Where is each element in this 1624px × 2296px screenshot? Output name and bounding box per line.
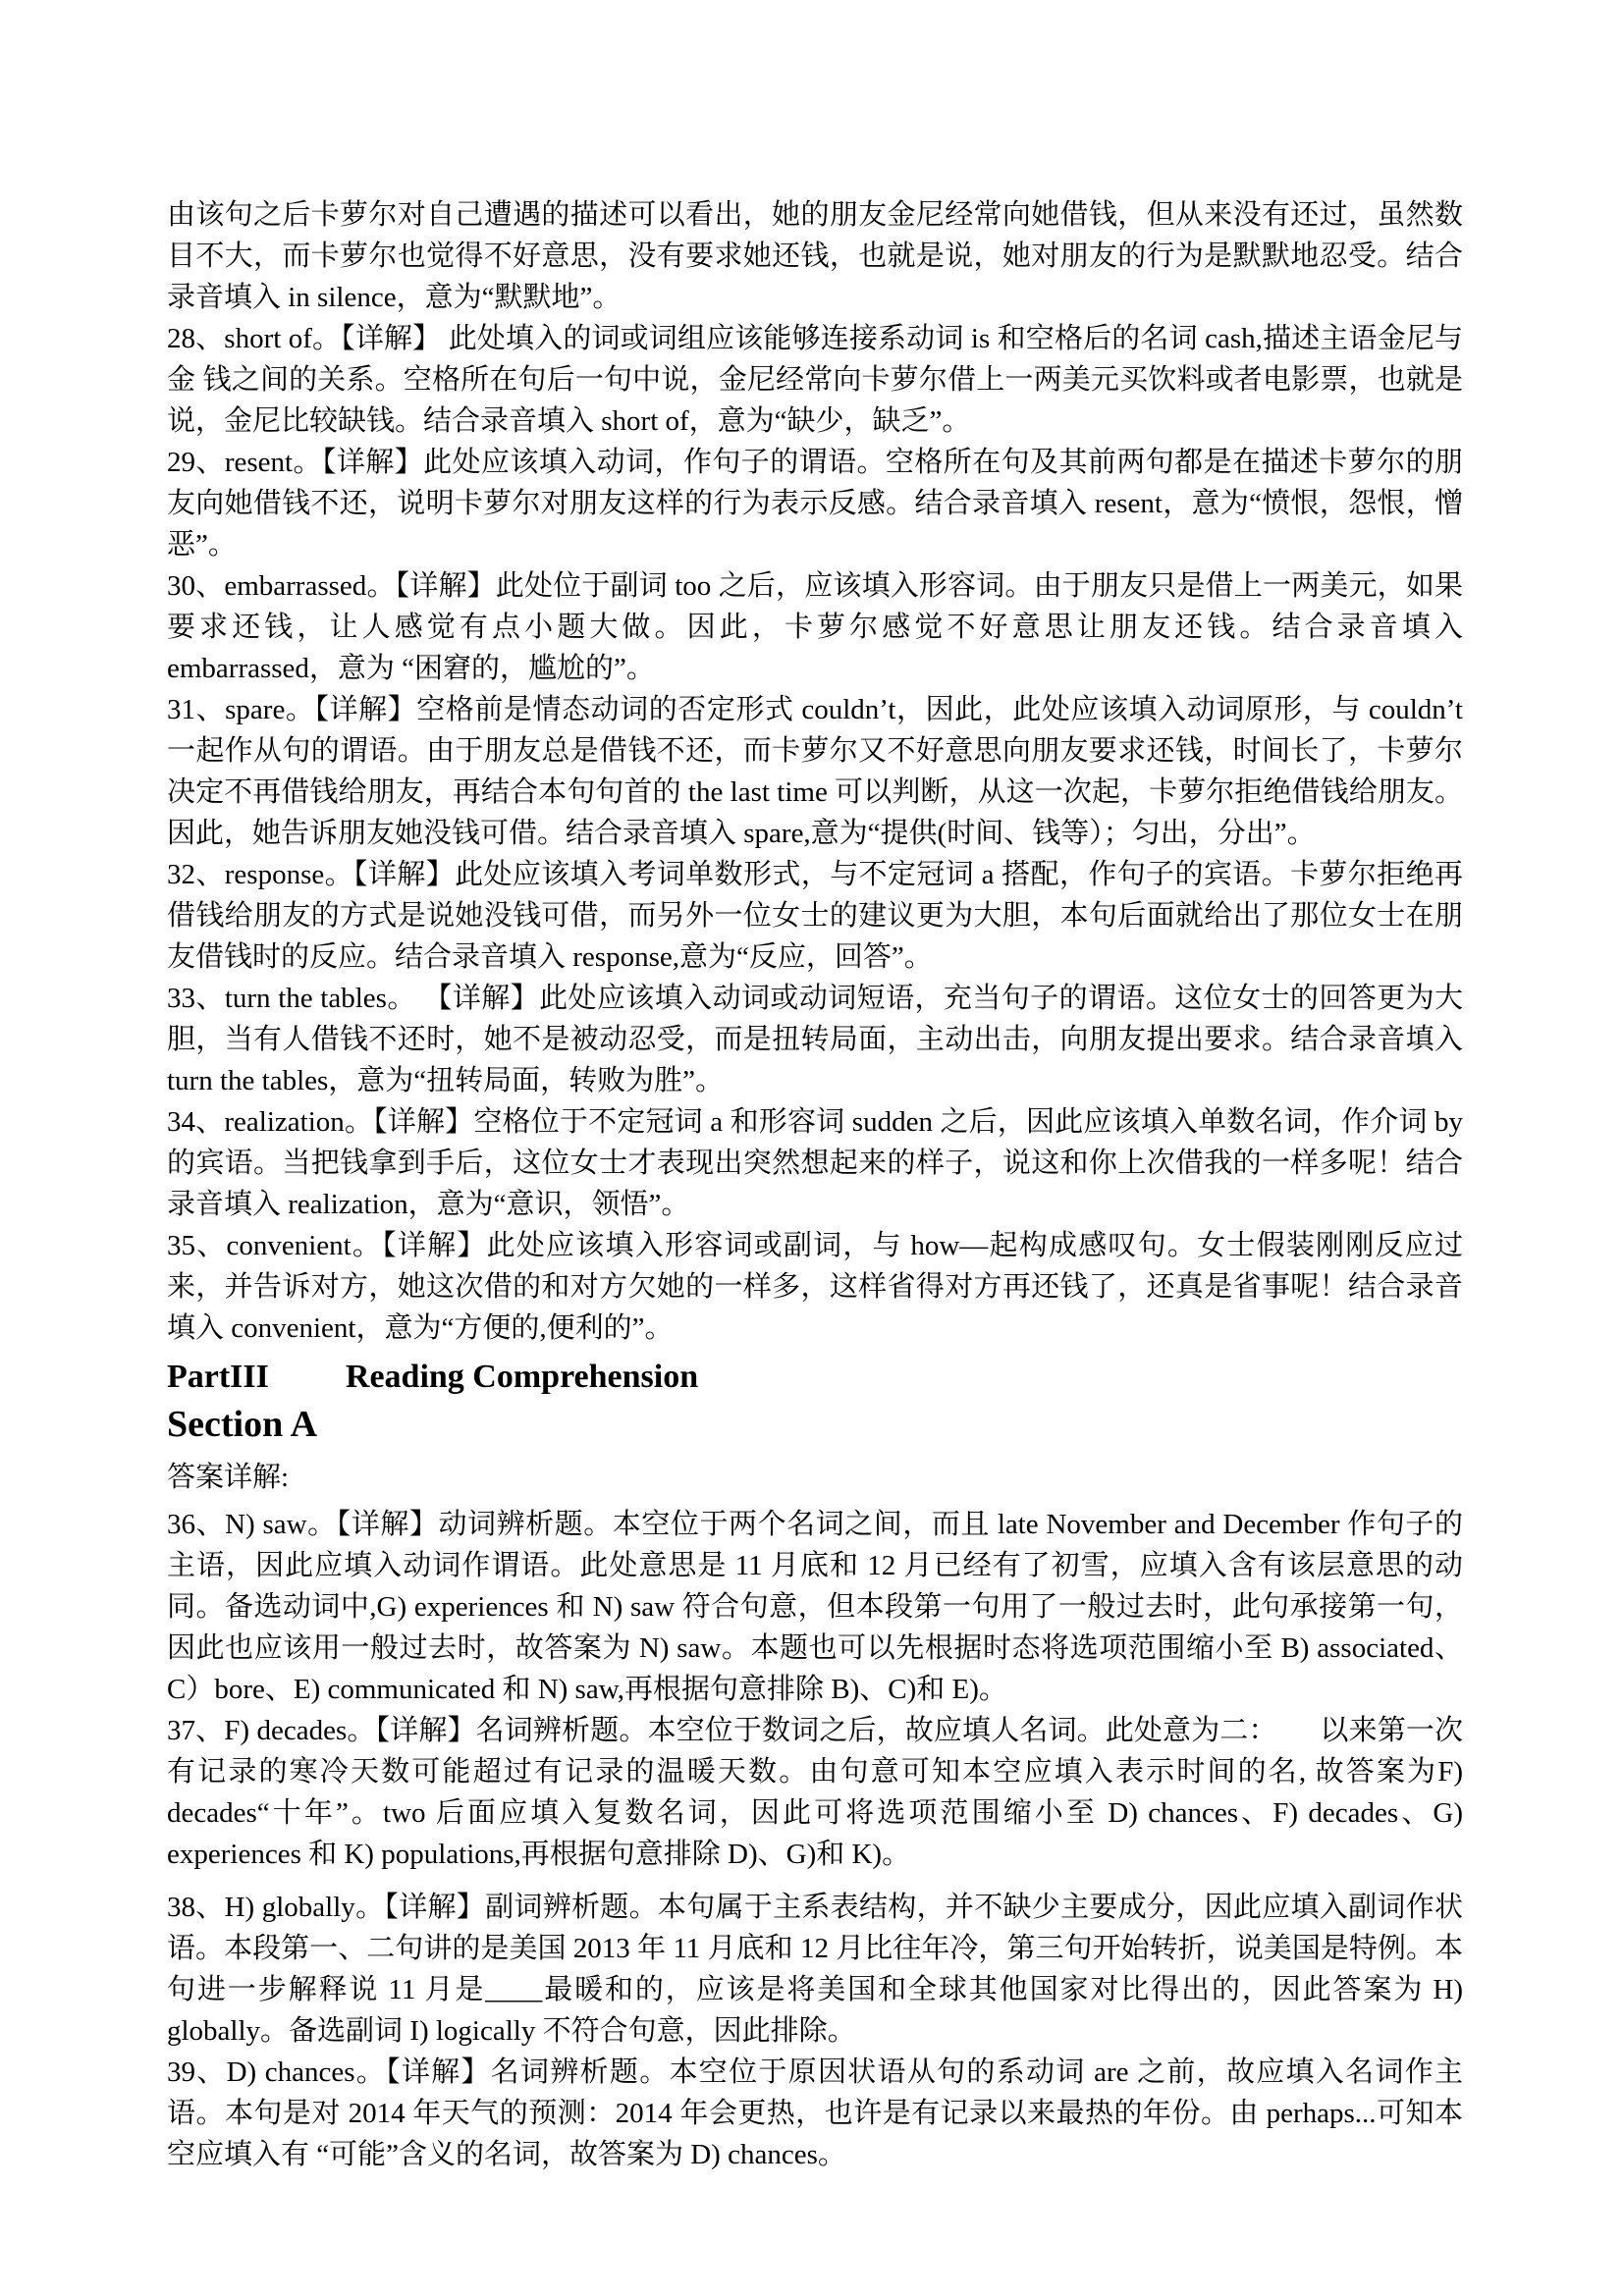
item-38-explanation: 38、H) globally。【详解】副词辨析题。本句属于主系表结构，并不缺少主… xyxy=(167,1887,1463,2052)
item-35-explanation: 35、convenient。【详解】此处应该填入形容词或副词，与 how—起构成… xyxy=(167,1225,1463,1349)
part3-heading: PartIIIReading Comprehension xyxy=(167,1355,1463,1400)
part3-label: PartIII xyxy=(167,1359,269,1395)
item-29-explanation: 29、resent。【详解】此处应该填入动词，作句子的谓语。空格所在句及其前两句… xyxy=(167,442,1463,565)
item-27-continuation-paragraph: 由该句之后卡萝尔对自己遭遇的描述可以看出，她的朋友金尼经常向她借钱，但从来没有还… xyxy=(167,194,1463,318)
item-39-explanation: 39、D) chances。【详解】名词辨析题。本空位于原因状语从句的系动词 a… xyxy=(167,2052,1463,2175)
section-a-heading: Section A xyxy=(167,1400,1463,1449)
item-37-explanation: 37、F) decades。【详解】名词辨析题。本空位于数词之后，故应填人名词。… xyxy=(167,1710,1463,1875)
item-36-explanation: 36、N) saw。【详解】动词辨析题。本空位于两个名词之间，而且 late N… xyxy=(167,1504,1463,1710)
part3-title: Reading Comprehension xyxy=(346,1359,698,1395)
answers-heading-label: 答案详解: xyxy=(167,1457,1463,1498)
item-32-explanation: 32、response。【详解】此处应该填入考词单数形式，与不定冠词 a 搭配，… xyxy=(167,854,1463,978)
item-28-explanation: 28、short of。【详解】 此处填入的词或词组应该能够连接系动词 is 和… xyxy=(167,318,1463,442)
item-34-explanation: 34、realization。【详解】空格位于不定冠词 a 和形容词 sudde… xyxy=(167,1101,1463,1225)
document-page: 由该句之后卡萝尔对自己遭遇的描述可以看出，她的朋友金尼经常向她借钱，但从来没有还… xyxy=(0,0,1624,2296)
item-31-explanation: 31、spare。【详解】空格前是情态动词的否定形式 couldn’t，因此，此… xyxy=(167,689,1463,854)
item-30-explanation: 30、embarrassed。【详解】此处位于副词 too 之后，应该填入形容词… xyxy=(167,565,1463,689)
item-33-explanation: 33、turn the tables。 【详解】此处应该填入动词或动词短语，充当… xyxy=(167,978,1463,1101)
